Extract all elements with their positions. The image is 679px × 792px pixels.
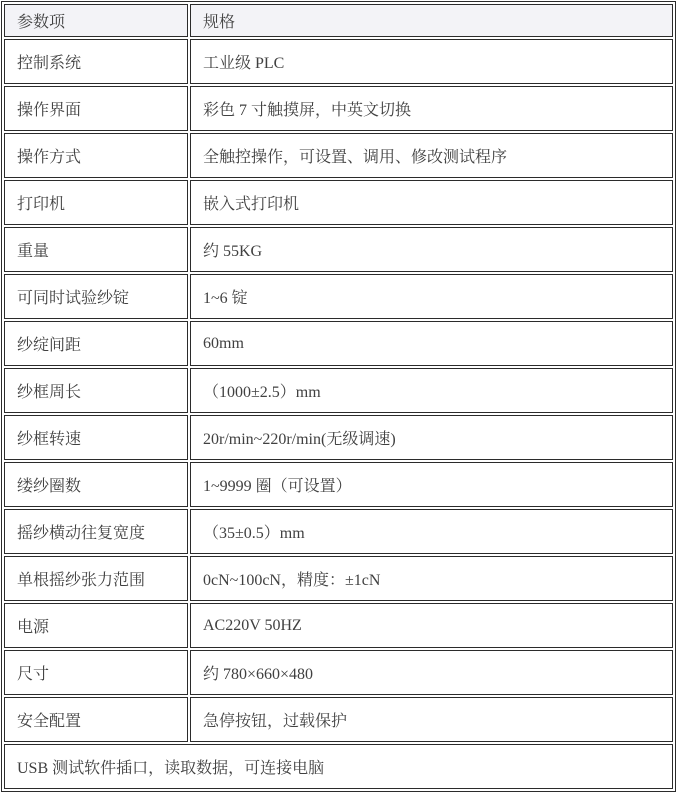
spec-cell: AC220V 50HZ	[190, 603, 673, 648]
param-cell: 操作方式	[4, 133, 188, 178]
param-cell: 控制系统	[4, 39, 188, 84]
spec-cell: 20r/min~220r/min(无级调速)	[190, 415, 673, 460]
spec-cell: 急停按钮，过载保护	[190, 697, 673, 742]
header-row: 参数项 规格	[4, 4, 673, 37]
spec-cell: 工业级 PLC	[190, 39, 673, 84]
param-cell: 纱绽间距	[4, 321, 188, 366]
spec-cell: 约 780×660×480	[190, 650, 673, 695]
param-cell: 打印机	[4, 180, 188, 225]
spec-cell: 1~9999 圈（可设置）	[190, 462, 673, 507]
table-row: 纱绽间距 60mm	[4, 321, 673, 366]
param-cell: 纱框转速	[4, 415, 188, 460]
spec-table: 参数项 规格 控制系统 工业级 PLC 操作界面 彩色 7 寸触摸屏，中英文切换…	[1, 1, 676, 792]
param-cell: 尺寸	[4, 650, 188, 695]
spec-cell: 60mm	[190, 321, 673, 366]
table-row: 单根摇纱张力范围 0cN~100cN，精度：±1cN	[4, 556, 673, 601]
param-cell: 安全配置	[4, 697, 188, 742]
spec-cell: （35±0.5）mm	[190, 509, 673, 554]
table-row: 安全配置 急停按钮，过载保护	[4, 697, 673, 742]
table-row: 纱框转速 20r/min~220r/min(无级调速)	[4, 415, 673, 460]
table-row: 打印机 嵌入式打印机	[4, 180, 673, 225]
footer-row: USB 测试软件插口，读取数据，可连接电脑	[4, 744, 673, 789]
param-cell: 缕纱圈数	[4, 462, 188, 507]
table-row: 缕纱圈数 1~9999 圈（可设置）	[4, 462, 673, 507]
spec-cell: 彩色 7 寸触摸屏，中英文切换	[190, 86, 673, 131]
param-cell: 电源	[4, 603, 188, 648]
table-row: 控制系统 工业级 PLC	[4, 39, 673, 84]
table-row: 操作界面 彩色 7 寸触摸屏，中英文切换	[4, 86, 673, 131]
param-cell: 重量	[4, 227, 188, 272]
spec-cell: （1000±2.5）mm	[190, 368, 673, 413]
param-cell: 可同时试验纱锭	[4, 274, 188, 319]
table-row: 电源 AC220V 50HZ	[4, 603, 673, 648]
param-cell: 操作界面	[4, 86, 188, 131]
param-cell: 纱框周长	[4, 368, 188, 413]
spec-cell: 1~6 锭	[190, 274, 673, 319]
footer-cell: USB 测试软件插口，读取数据，可连接电脑	[4, 744, 673, 789]
table-row: 重量 约 55KG	[4, 227, 673, 272]
table-row: 纱框周长 （1000±2.5）mm	[4, 368, 673, 413]
header-cell-spec: 规格	[190, 4, 673, 37]
table-row: 摇纱横动往复宽度 （35±0.5）mm	[4, 509, 673, 554]
table-row: 操作方式 全触控操作，可设置、调用、修改测试程序	[4, 133, 673, 178]
table-row: 可同时试验纱锭 1~6 锭	[4, 274, 673, 319]
spec-cell: 全触控操作，可设置、调用、修改测试程序	[190, 133, 673, 178]
param-cell: 摇纱横动往复宽度	[4, 509, 188, 554]
spec-cell: 约 55KG	[190, 227, 673, 272]
spec-cell: 0cN~100cN，精度：±1cN	[190, 556, 673, 601]
spec-cell: 嵌入式打印机	[190, 180, 673, 225]
header-cell-param: 参数项	[4, 4, 188, 37]
param-cell: 单根摇纱张力范围	[4, 556, 188, 601]
table-row: 尺寸 约 780×660×480	[4, 650, 673, 695]
